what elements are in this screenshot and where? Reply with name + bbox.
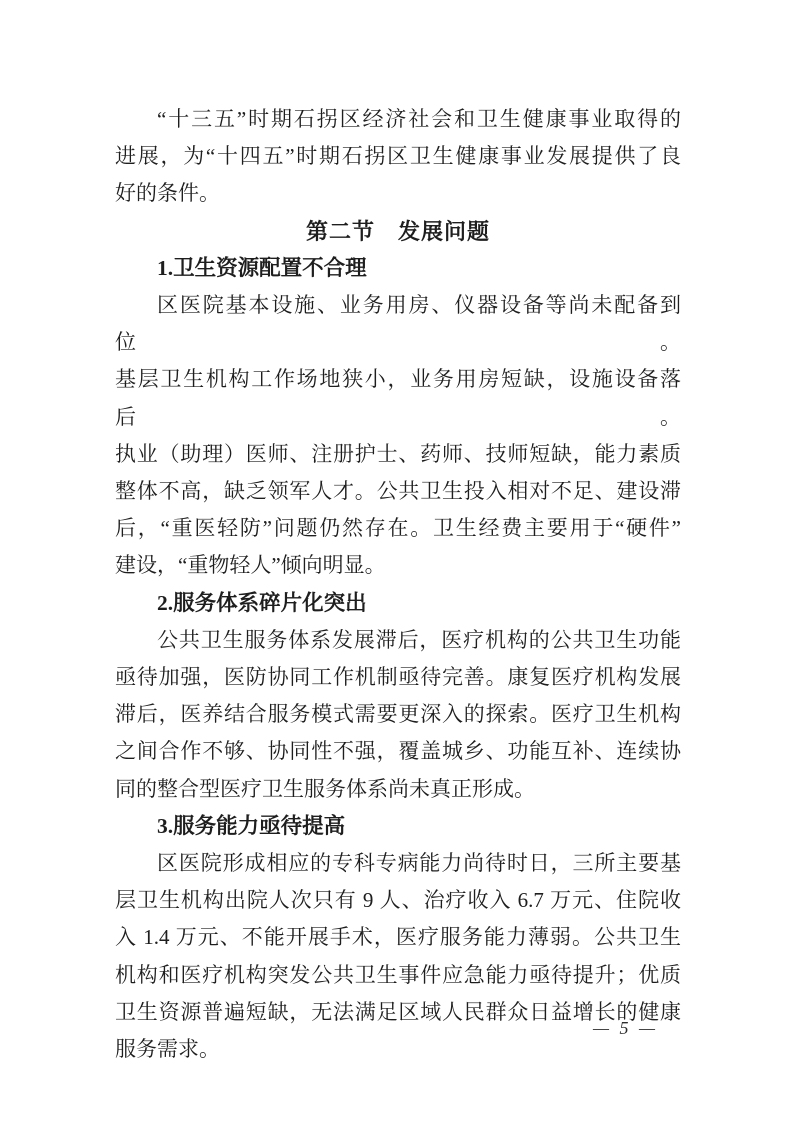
paragraph-line: 滞后，医养结合服务模式需要更深入的探索。医疗卫生机构 xyxy=(115,696,681,733)
paragraph-line: 同的整合型医疗卫生服务体系尚未真正形成。 xyxy=(115,771,681,808)
paragraph-line: 整体不高，缺乏领军人才。公共卫生投入相对不足、建设滞 xyxy=(115,473,681,510)
document-content: “十三五”时期石拐区经济社会和卫生健康事业取得的进展，为“十四五”时期石拐区卫生… xyxy=(115,101,681,1068)
document-page: “十三五”时期石拐区经济社会和卫生健康事业取得的进展，为“十四五”时期石拐区卫生… xyxy=(0,0,793,1122)
paragraph-line: 基层卫生机构工作场地狭小，业务用房短缺，设施设备落后。 xyxy=(115,361,681,435)
paragraph-line: 后，“重医轻防”问题仍然存在。卫生经费主要用于“硬件” xyxy=(115,510,681,547)
paragraph-line: 好的条件。 xyxy=(115,175,681,212)
paragraph-line: 进展，为“十四五”时期石拐区卫生健康事业发展提供了良 xyxy=(115,138,681,175)
paragraph-line: 区医院形成相应的专科专病能力尚待时日，三所主要基 xyxy=(115,845,681,882)
page-number: — 5 — xyxy=(593,1018,658,1039)
paragraph-line: 建设，“重物轻人”倾向明显。 xyxy=(115,547,681,584)
paragraph-line: 入 1.4 万元、不能开展手术，医疗服务能力薄弱。公共卫生 xyxy=(115,919,681,956)
paragraph-line: “十三五”时期石拐区经济社会和卫生健康事业取得的 xyxy=(115,101,681,138)
paragraph-line: 公共卫生服务体系发展滞后，医疗机构的公共卫生功能 xyxy=(115,622,681,659)
paragraph-line: 机构和医疗机构突发公共卫生事件应急能力亟待提升；优质 xyxy=(115,957,681,994)
sub-heading: 2.服务体系碎片化突出 xyxy=(115,585,681,622)
paragraph-line: 之间合作不够、协同性不强，覆盖城乡、功能互补、连续协 xyxy=(115,733,681,770)
paragraph-line: 执业（助理）医师、注册护士、药师、技师短缺，能力素质 xyxy=(115,436,681,473)
paragraph-line: 层卫生机构出院人次只有 9 人、治疗收入 6.7 万元、住院收 xyxy=(115,882,681,919)
paragraph-line: 区医院基本设施、业务用房、仪器设备等尚未配备到位。 xyxy=(115,287,681,361)
paragraph-line: 亟待加强，医防协同工作机制亟待完善。康复医疗机构发展 xyxy=(115,659,681,696)
sub-heading: 1.卫生资源配置不合理 xyxy=(115,250,681,287)
page-number-text: — 5 — xyxy=(593,1018,658,1038)
sub-heading: 3.服务能力亟待提高 xyxy=(115,808,681,845)
section-heading: 第二节 发展问题 xyxy=(115,213,681,250)
